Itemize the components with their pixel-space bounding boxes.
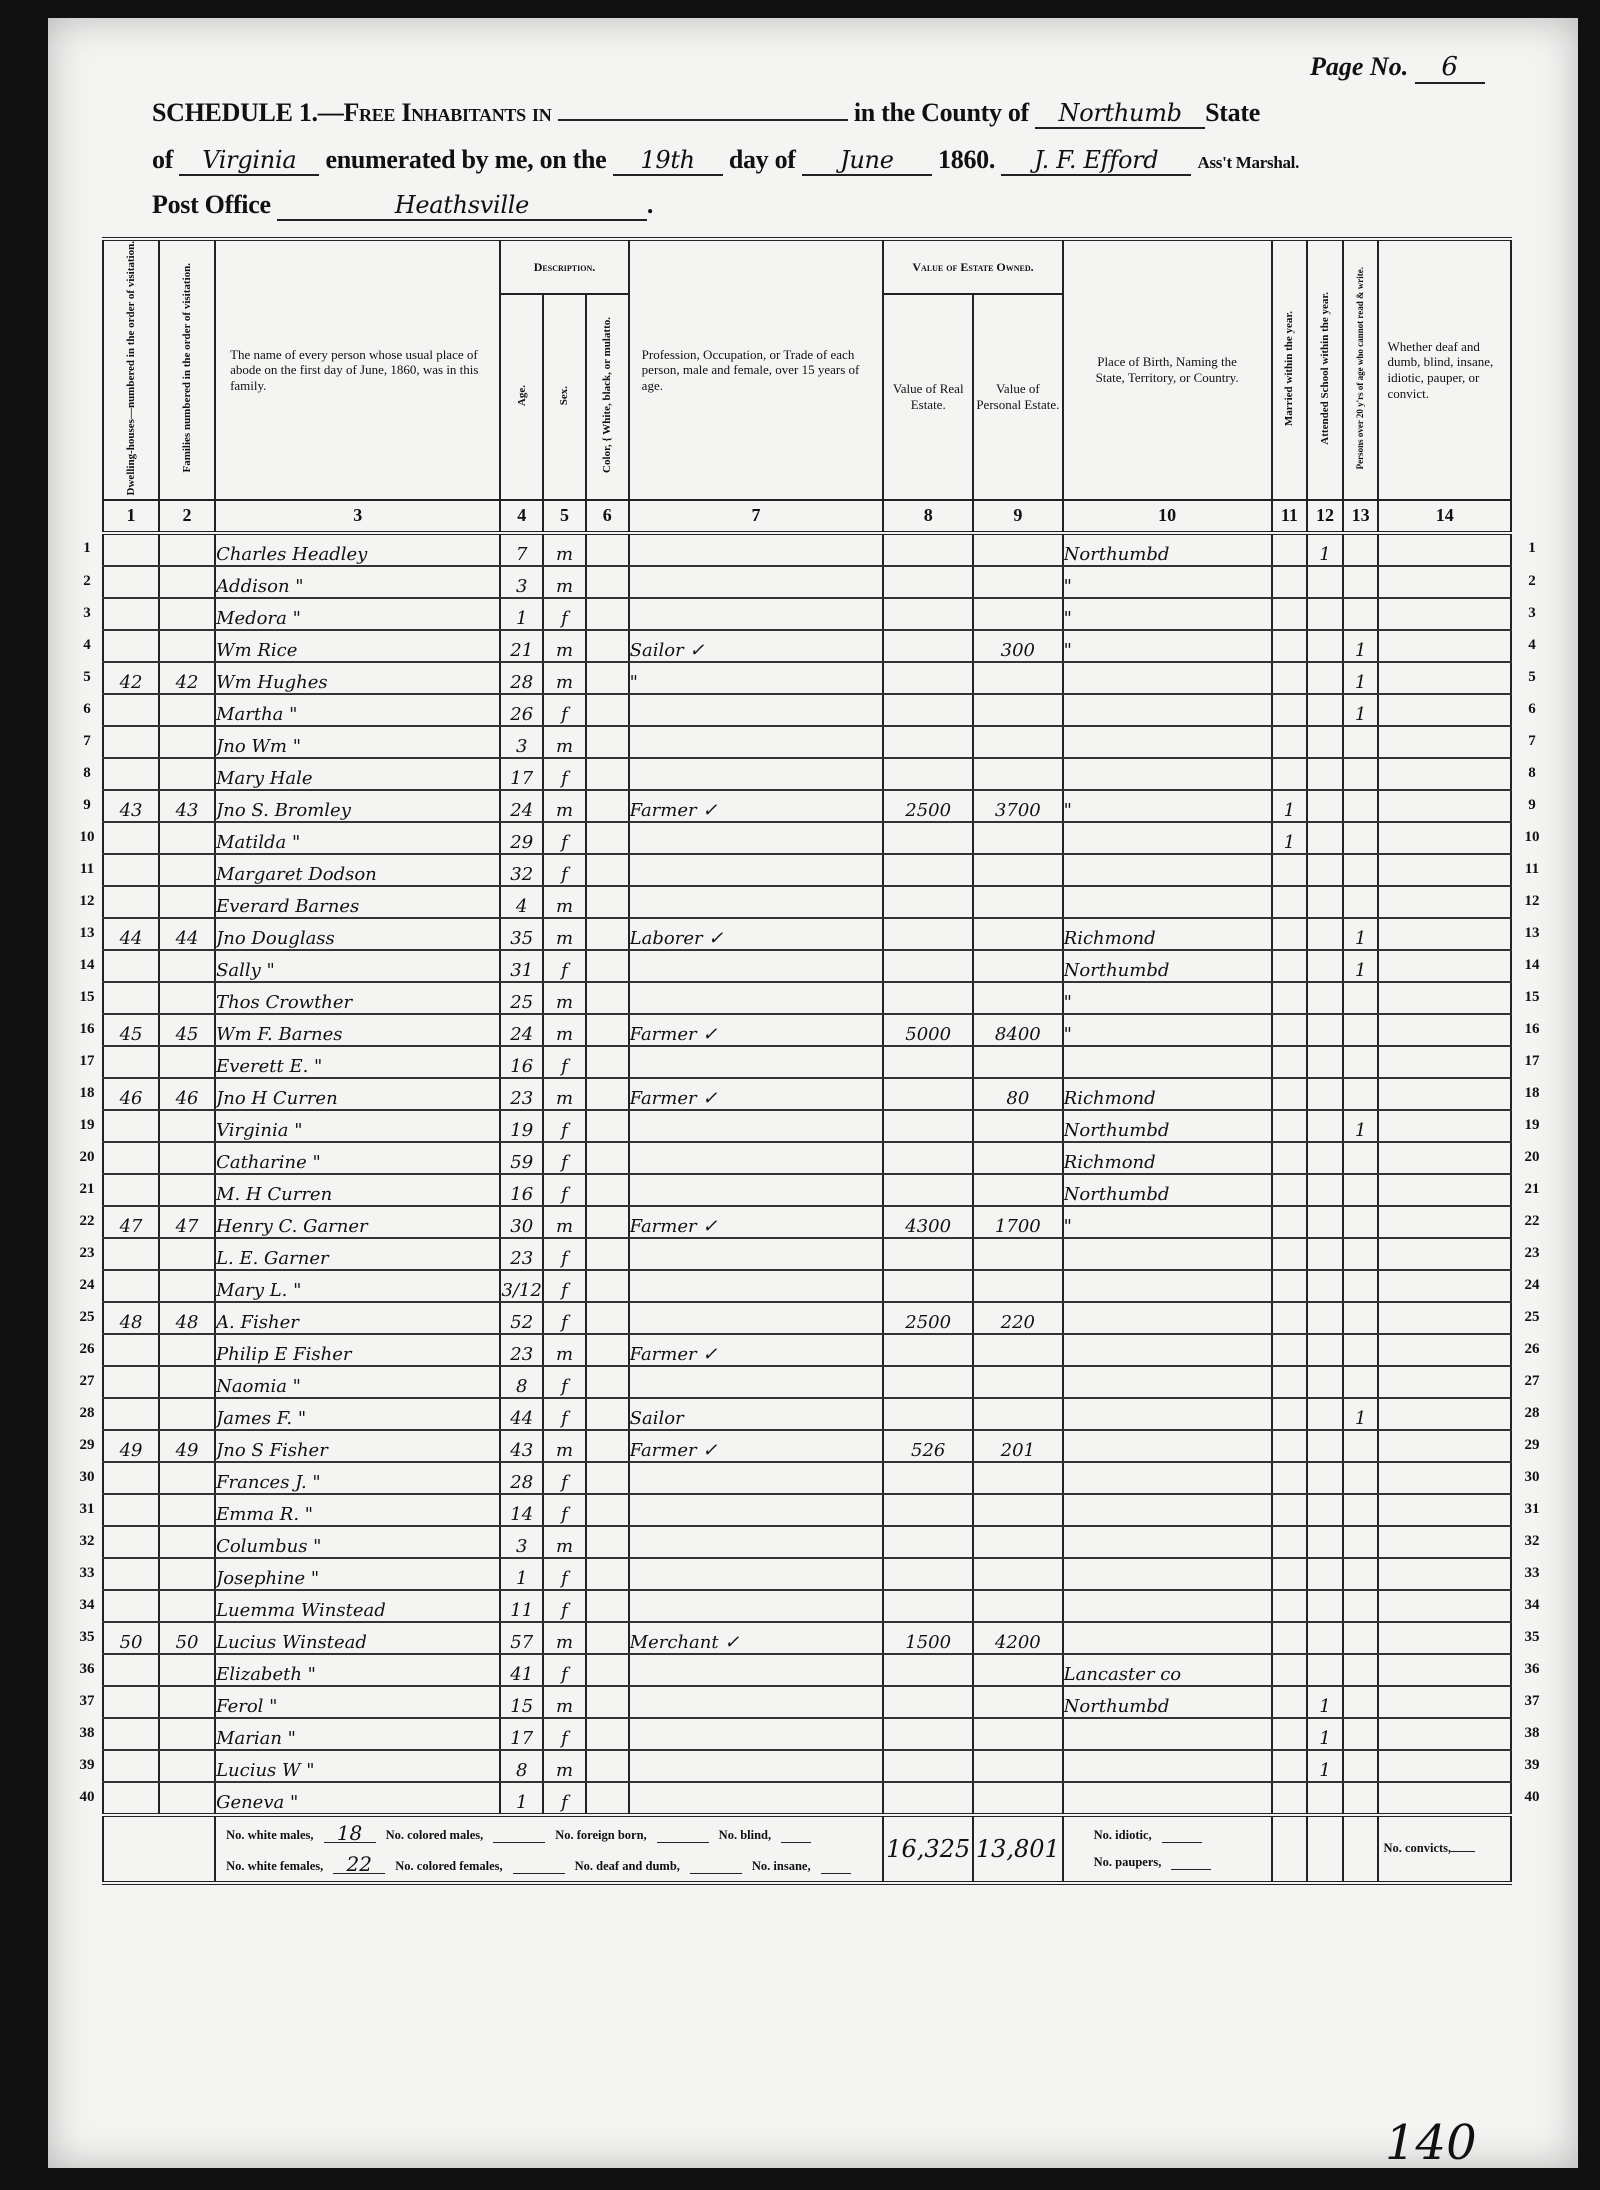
line-number: 13 [1517,925,1547,942]
personal-estate-value [973,854,1063,886]
dwelling-number [103,1238,159,1270]
table-row: Sally " 31 f Northumbd 1 [103,950,1511,982]
census-rows: Charles Headley 7 m Northumbd 1 Addison … [103,533,1511,1815]
married-within-year [1272,1686,1308,1718]
family-number [159,566,215,598]
person-name: Medora " [215,598,500,630]
age: 19 [500,1110,543,1142]
line-number: 14 [72,957,102,974]
line-number: 36 [1517,1661,1547,1678]
cannot-read-write [1343,1078,1379,1110]
cannot-read-write [1343,533,1379,566]
dwelling-number: 42 [103,662,159,694]
attended-school [1307,822,1343,854]
col-header-8: Value of Real Estate. [883,294,973,500]
insane-count [821,1873,851,1874]
real-estate-value [883,598,973,630]
line-number: 6 [1517,701,1547,718]
real-estate-value [883,1462,973,1494]
age: 30 [500,1206,543,1238]
occupation: " [629,662,884,694]
dwelling-number [103,1046,159,1078]
attended-school [1307,1366,1343,1398]
cannot-read-write [1343,1174,1379,1206]
dwelling-number: 48 [103,1302,159,1334]
county-label: in the County of [854,98,1029,127]
occupation [629,598,884,630]
state-field: Virginia [179,146,319,176]
occupation [629,1302,884,1334]
sex: f [543,1558,586,1590]
line-number: 23 [72,1245,102,1262]
color [586,1686,629,1718]
real-estate-value [883,1238,973,1270]
real-estate-value [883,1110,973,1142]
post-office-label: Post Office [152,190,271,219]
age: 23 [500,1334,543,1366]
col-header-1: Dwelling-houses—numbered in the order of… [103,239,159,500]
personal-estate-value [973,694,1063,726]
table-row: 44 44 Jno Douglass 35 m Laborer ✓ Richmo… [103,918,1511,950]
col-header-7: Profession, Occupation, or Trade of each… [629,239,884,500]
cannot-read-write [1343,1750,1379,1782]
dwelling-number: 45 [103,1014,159,1046]
col-num: 2 [159,500,215,533]
dwelling-number [103,630,159,662]
table-row: Everard Barnes 4 m [103,886,1511,918]
family-number: 43 [159,790,215,822]
line-number: 3 [1517,605,1547,622]
condition [1378,1206,1511,1238]
place-of-birth [1063,1718,1272,1750]
real-estate-value [883,662,973,694]
person-name: Marian " [215,1718,500,1750]
col-header-10: Place of Birth, Naming the State, Territ… [1063,239,1272,500]
age: 41 [500,1654,543,1686]
condition [1378,790,1511,822]
occupation [629,1046,884,1078]
cannot-read-write [1343,1686,1379,1718]
cannot-read-write [1343,854,1379,886]
married-within-year [1272,1462,1308,1494]
line-number: 7 [72,733,102,750]
age: 17 [500,758,543,790]
age: 29 [500,822,543,854]
day-field: 19th [613,146,723,176]
personal-estate-value [973,1366,1063,1398]
table-row: 42 42 Wm Hughes 28 m " 1 [103,662,1511,694]
married-within-year [1272,662,1308,694]
real-estate-value [883,1078,973,1110]
married-within-year [1272,566,1308,598]
line-number: 23 [1517,1245,1547,1262]
person-name: Everard Barnes [215,886,500,918]
real-estate-value [883,630,973,662]
person-name: Emma R. " [215,1494,500,1526]
place-of-birth [1063,1366,1272,1398]
attended-school [1307,1206,1343,1238]
married-within-year [1272,886,1308,918]
schedule-title-line: SCHEDULE 1.—Free Inhabitants in in the C… [152,98,1260,129]
occupation: Sailor ✓ [629,630,884,662]
sex: f [543,1494,586,1526]
condition [1378,1622,1511,1654]
dwelling-number [103,1142,159,1174]
line-number: 18 [72,1085,102,1102]
table-row: 48 48 A. Fisher 52 f 2500 220 [103,1302,1511,1334]
condition [1378,1718,1511,1750]
post-office-line: Post Office Heathsville. [152,190,653,221]
table-row: Mary Hale 17 f [103,758,1511,790]
col-header-5: Sex. [543,294,586,500]
cannot-read-write: 1 [1343,918,1379,950]
cannot-read-write: 1 [1343,630,1379,662]
family-number: 50 [159,1622,215,1654]
table-row: 49 49 Jno S Fisher 43 m Farmer ✓ 526 201 [103,1430,1511,1462]
color [586,1654,629,1686]
place-of-birth [1063,854,1272,886]
color [586,1142,629,1174]
condition [1378,1334,1511,1366]
dwelling-number [103,1174,159,1206]
marshal-name-field: J. F. Efford [1001,146,1191,176]
sex: m [543,1014,586,1046]
personal-estate-value [973,1686,1063,1718]
color [586,694,629,726]
personal-estate-value [973,950,1063,982]
attended-school [1307,1558,1343,1590]
personal-estate-value [973,1110,1063,1142]
family-number [159,1174,215,1206]
sex: m [543,1622,586,1654]
line-number: 25 [1517,1309,1547,1326]
sex: m [543,662,586,694]
person-name: Martha " [215,694,500,726]
color [586,598,629,630]
person-name: Catharine " [215,1142,500,1174]
condition [1378,1750,1511,1782]
color [586,886,629,918]
description-group-header: Description. [500,239,628,294]
cannot-read-write [1343,1302,1379,1334]
personal-estate-value: 201 [973,1430,1063,1462]
line-number: 1 [72,540,102,557]
place-of-birth [1063,1334,1272,1366]
age: 8 [500,1366,543,1398]
table-row: M. H Curren 16 f Northumbd [103,1174,1511,1206]
condition [1378,1654,1511,1686]
line-number: 33 [72,1565,102,1582]
line-number: 39 [72,1757,102,1774]
married-within-year [1272,694,1308,726]
personal-estate-value: 4200 [973,1622,1063,1654]
dwelling-number: 49 [103,1430,159,1462]
real-estate-value [883,822,973,854]
line-number: 2 [1517,573,1547,590]
occupation [629,982,884,1014]
attended-school [1307,854,1343,886]
total-real-estate: 16,325 [883,1815,973,1883]
col-num: 11 [1272,500,1308,533]
sex: f [543,822,586,854]
table-row: Medora " 1 f " [103,598,1511,630]
real-estate-value [883,1270,973,1302]
col-num: 12 [1307,500,1343,533]
attended-school [1307,1238,1343,1270]
condition [1378,982,1511,1014]
color [586,1622,629,1654]
sex: m [543,566,586,598]
col-num: 8 [883,500,973,533]
condition [1378,598,1511,630]
age: 31 [500,950,543,982]
age: 52 [500,1302,543,1334]
line-number: 8 [1517,765,1547,782]
occupation [629,1782,884,1815]
line-number: 18 [1517,1085,1547,1102]
married-within-year [1272,918,1308,950]
dwelling-number [103,1334,159,1366]
attended-school [1307,1078,1343,1110]
col-header-3: The name of every person whose usual pla… [215,239,500,500]
attended-school [1307,1494,1343,1526]
condition [1378,854,1511,886]
condition [1378,1590,1511,1622]
cannot-read-write [1343,1462,1379,1494]
family-number [159,886,215,918]
age: 3/12 [500,1270,543,1302]
county-field: Northumb [1035,99,1205,129]
dwelling-number [103,1782,159,1815]
family-number [159,1750,215,1782]
dwelling-number [103,982,159,1014]
attended-school [1307,1590,1343,1622]
age: 1 [500,1558,543,1590]
attended-school [1307,1270,1343,1302]
married-within-year [1272,758,1308,790]
place-of-birth [1063,1622,1272,1654]
cannot-read-write [1343,598,1379,630]
attended-school [1307,1142,1343,1174]
person-name: A. Fisher [215,1302,500,1334]
table-row: Mary L. " 3/12 f [103,1270,1511,1302]
married-within-year [1272,1622,1308,1654]
place-of-birth [1063,1398,1272,1430]
married-within-year [1272,1334,1308,1366]
line-number: 4 [1517,637,1547,654]
cannot-read-write [1343,1334,1379,1366]
convicts-count [1451,1851,1475,1852]
sex: f [543,1654,586,1686]
place-of-birth [1063,1558,1272,1590]
real-estate-value [883,1590,973,1622]
family-number: 47 [159,1206,215,1238]
occupation [629,1590,884,1622]
age: 59 [500,1142,543,1174]
color [586,1558,629,1590]
attended-school [1307,630,1343,662]
family-number [159,982,215,1014]
year: 1860. [938,145,995,174]
cannot-read-write [1343,1654,1379,1686]
real-estate-value: 2500 [883,1302,973,1334]
sex: m [543,1526,586,1558]
occupation [629,1270,884,1302]
table-row: 45 45 Wm F. Barnes 24 m Farmer ✓ 5000 84… [103,1014,1511,1046]
table-row: Emma R. " 14 f [103,1494,1511,1526]
dwelling-number [103,950,159,982]
col-num: 4 [500,500,543,533]
occupation [629,1558,884,1590]
occupation: Merchant ✓ [629,1622,884,1654]
line-number: 33 [1517,1565,1547,1582]
real-estate-value: 526 [883,1430,973,1462]
real-estate-value [883,982,973,1014]
convicts-tally: No. convicts, [1378,1815,1511,1883]
deaf-dumb-count [690,1873,742,1874]
family-number: 45 [159,1014,215,1046]
sex: f [543,694,586,726]
married-within-year [1272,598,1308,630]
condition [1378,1494,1511,1526]
sex: m [543,1430,586,1462]
col-num: 9 [973,500,1063,533]
table-row: Naomia " 8 f [103,1366,1511,1398]
occupation: Farmer ✓ [629,1014,884,1046]
real-estate-value [883,758,973,790]
condition [1378,533,1511,566]
personal-estate-value: 300 [973,630,1063,662]
condition [1378,1238,1511,1270]
condition [1378,1270,1511,1302]
sex: f [543,1590,586,1622]
dwelling-number [103,1654,159,1686]
color [586,1430,629,1462]
paupers-count [1171,1869,1211,1870]
table-row: Columbus " 3 m [103,1526,1511,1558]
real-estate-value: 4300 [883,1206,973,1238]
real-estate-value [883,1494,973,1526]
cannot-read-write [1343,1430,1379,1462]
line-number: 32 [72,1533,102,1550]
census-table: Dwelling-houses—numbered in the order of… [102,237,1512,1885]
family-number [159,1558,215,1590]
person-name: Lucius W " [215,1750,500,1782]
real-estate-value [883,1398,973,1430]
color [586,982,629,1014]
sex: f [543,1174,586,1206]
person-name: Wm F. Barnes [215,1014,500,1046]
age: 14 [500,1494,543,1526]
family-number [159,1110,215,1142]
marshal-label: Ass't Marshal. [1197,153,1299,172]
table-row: Geneva " 1 f [103,1782,1511,1815]
married-within-year [1272,1174,1308,1206]
dwelling-number [103,1462,159,1494]
cannot-read-write [1343,1782,1379,1815]
state-label: State [1205,98,1260,127]
line-number: 11 [72,861,102,878]
table-row: Wm Rice 21 m Sailor ✓ 300 " 1 [103,630,1511,662]
line-number: 38 [72,1725,102,1742]
personal-estate-value [973,1750,1063,1782]
line-number: 29 [72,1437,102,1454]
occupation [629,533,884,566]
person-name: Frances J. " [215,1462,500,1494]
col-num: 7 [629,500,884,533]
personal-estate-value: 8400 [973,1014,1063,1046]
real-estate-value [883,566,973,598]
condition [1378,1686,1511,1718]
place-field [558,119,848,121]
color [586,1526,629,1558]
family-number [159,1366,215,1398]
personal-estate-value: 80 [973,1078,1063,1110]
place-of-birth: Northumbd [1063,950,1272,982]
table-row: Thos Crowther 25 m " [103,982,1511,1014]
occupation: Farmer ✓ [629,790,884,822]
age: 11 [500,1590,543,1622]
family-number [159,758,215,790]
attended-school [1307,1110,1343,1142]
dwelling-number [103,1750,159,1782]
cannot-read-write [1343,1046,1379,1078]
personal-estate-value [973,918,1063,950]
cannot-read-write [1343,1366,1379,1398]
enumeration-line: of Virginia enumerated by me, on the 19t… [152,145,1299,176]
color [586,662,629,694]
occupation [629,726,884,758]
married-within-year [1272,982,1308,1014]
cannot-read-write: 1 [1343,662,1379,694]
personal-estate-value [973,1494,1063,1526]
line-number: 31 [72,1501,102,1518]
line-number: 17 [1517,1053,1547,1070]
married-within-year [1272,1430,1308,1462]
age: 26 [500,694,543,726]
col-header-4: Age. [500,294,543,500]
attended-school [1307,1302,1343,1334]
color [586,1750,629,1782]
sex: f [543,1366,586,1398]
place-of-birth: Richmond [1063,1078,1272,1110]
person-name: Addison " [215,566,500,598]
attended-school [1307,1654,1343,1686]
table-row: Virginia " 19 f Northumbd 1 [103,1110,1511,1142]
attended-school: 1 [1307,1686,1343,1718]
place-of-birth [1063,662,1272,694]
dwelling-number [103,1270,159,1302]
condition [1378,1366,1511,1398]
cannot-read-write [1343,1526,1379,1558]
real-estate-value [883,1366,973,1398]
real-estate-value [883,1718,973,1750]
table-row: Jno Wm " 3 m [103,726,1511,758]
dwelling-number [103,886,159,918]
occupation [629,1238,884,1270]
color [586,1174,629,1206]
real-estate-value [883,726,973,758]
color [586,1718,629,1750]
dwelling-number: 50 [103,1622,159,1654]
line-number: 8 [72,765,102,782]
color [586,854,629,886]
cannot-read-write: 1 [1343,1398,1379,1430]
line-number: 16 [1517,1021,1547,1038]
family-number [159,1526,215,1558]
age: 4 [500,886,543,918]
married-within-year [1272,854,1308,886]
